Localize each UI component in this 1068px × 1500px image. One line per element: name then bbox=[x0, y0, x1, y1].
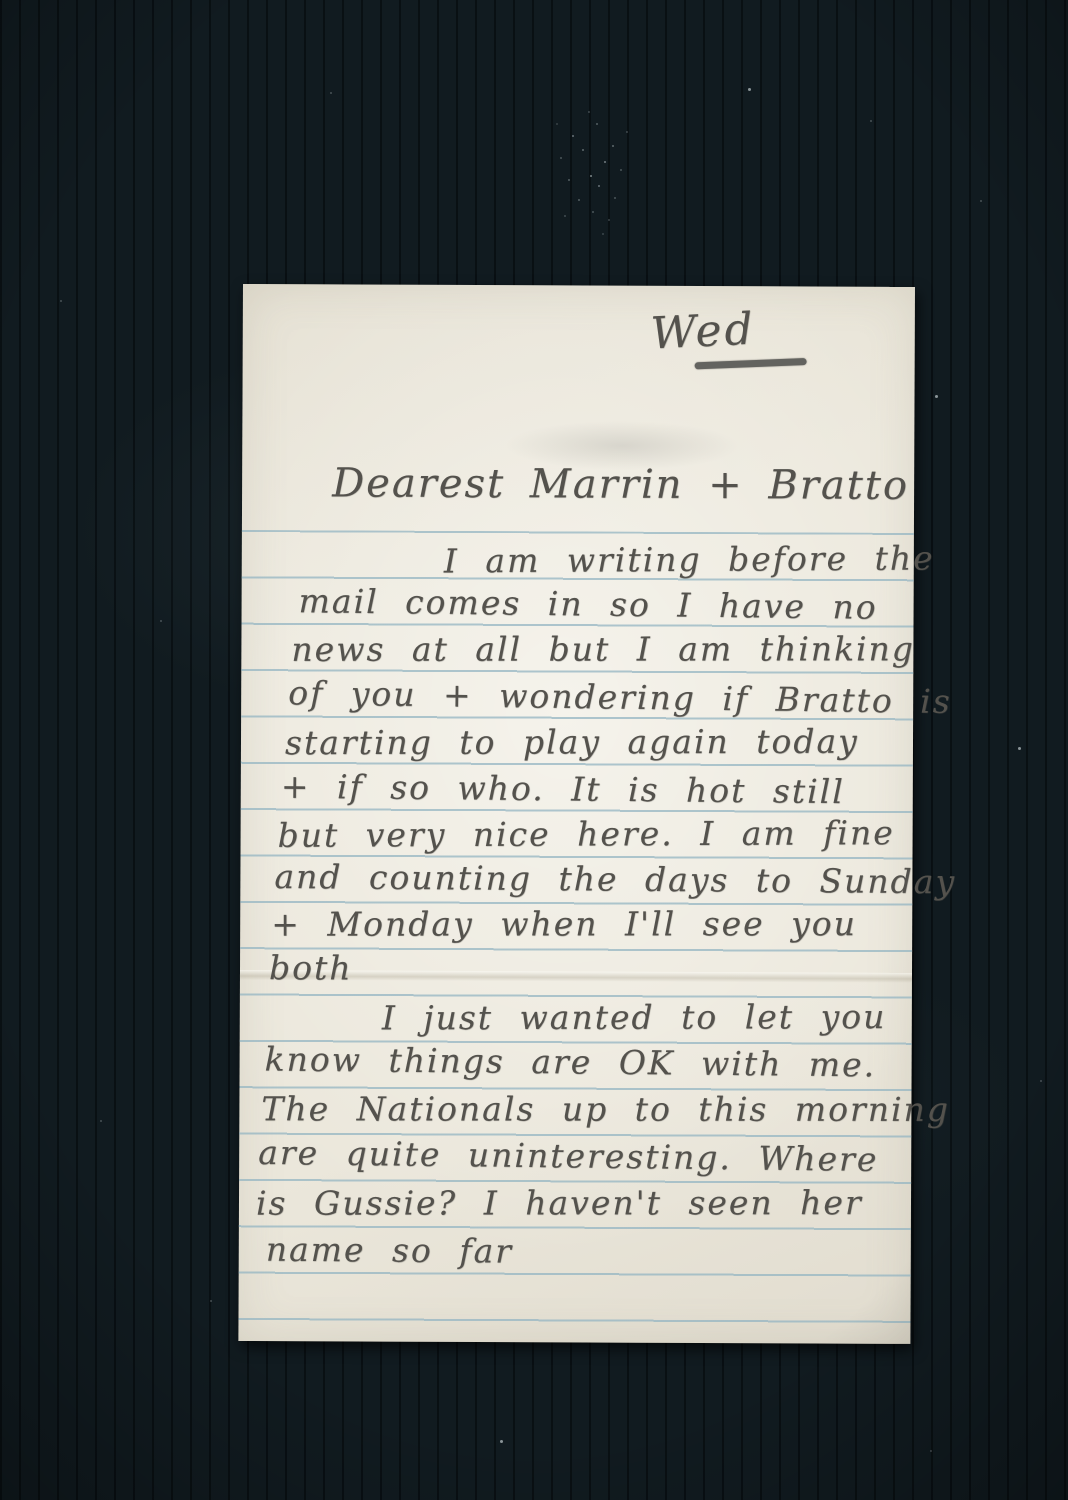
dust-speck bbox=[160, 620, 162, 622]
letter-line: is Gussie? I haven't seen her bbox=[256, 1183, 863, 1223]
letter-line: I just wanted to let you bbox=[382, 997, 887, 1037]
date-heading: Wed bbox=[650, 304, 757, 360]
dust-speck bbox=[330, 92, 332, 94]
dust-speck-cluster bbox=[590, 175, 592, 177]
letter-line: are quite uninteresting. Where bbox=[258, 1133, 879, 1179]
date-underline bbox=[695, 358, 807, 369]
dust-speck bbox=[500, 1440, 503, 1443]
letter-salutation: Dearest Marrin + Bratto bbox=[332, 460, 909, 509]
letter-line: starting to play again today bbox=[285, 722, 859, 763]
letter-line: and counting the days to Sunday bbox=[274, 857, 956, 901]
letter-paper: Wed Dearest Marrin + Bratto I am writing… bbox=[238, 284, 915, 1344]
dust-speck bbox=[1040, 1080, 1042, 1082]
letter-line: of you + wondering if Bratto is bbox=[288, 673, 952, 721]
letter-line: both bbox=[269, 948, 353, 987]
dust-speck bbox=[210, 1300, 212, 1302]
letter-line: + if so who. It is hot still bbox=[281, 767, 845, 811]
letter-line: The Nationals up to this morning bbox=[261, 1089, 950, 1129]
photo-of-handwritten-letter: Wed Dearest Marrin + Bratto I am writing… bbox=[0, 0, 1068, 1500]
letter-line: know things are OK with me. bbox=[264, 1040, 876, 1085]
dust-speck bbox=[60, 300, 62, 302]
dust-speck bbox=[1018, 747, 1021, 750]
letter-line: but very nice here. I am fine bbox=[278, 813, 895, 855]
letter-line: I am writing before the bbox=[444, 538, 935, 580]
letter-line: news at all but I am thinking bbox=[291, 629, 915, 669]
dust-speck bbox=[980, 200, 982, 202]
letter-line: + Monday when I'll see you bbox=[271, 904, 857, 944]
dust-speck bbox=[100, 1120, 102, 1122]
dust-speck bbox=[748, 88, 751, 91]
letter-line: mail comes in so I have no bbox=[298, 581, 877, 627]
dust-speck bbox=[870, 120, 872, 122]
dust-speck bbox=[930, 1450, 932, 1452]
dust-speck bbox=[935, 395, 938, 398]
letter-line: name so far bbox=[266, 1230, 514, 1271]
